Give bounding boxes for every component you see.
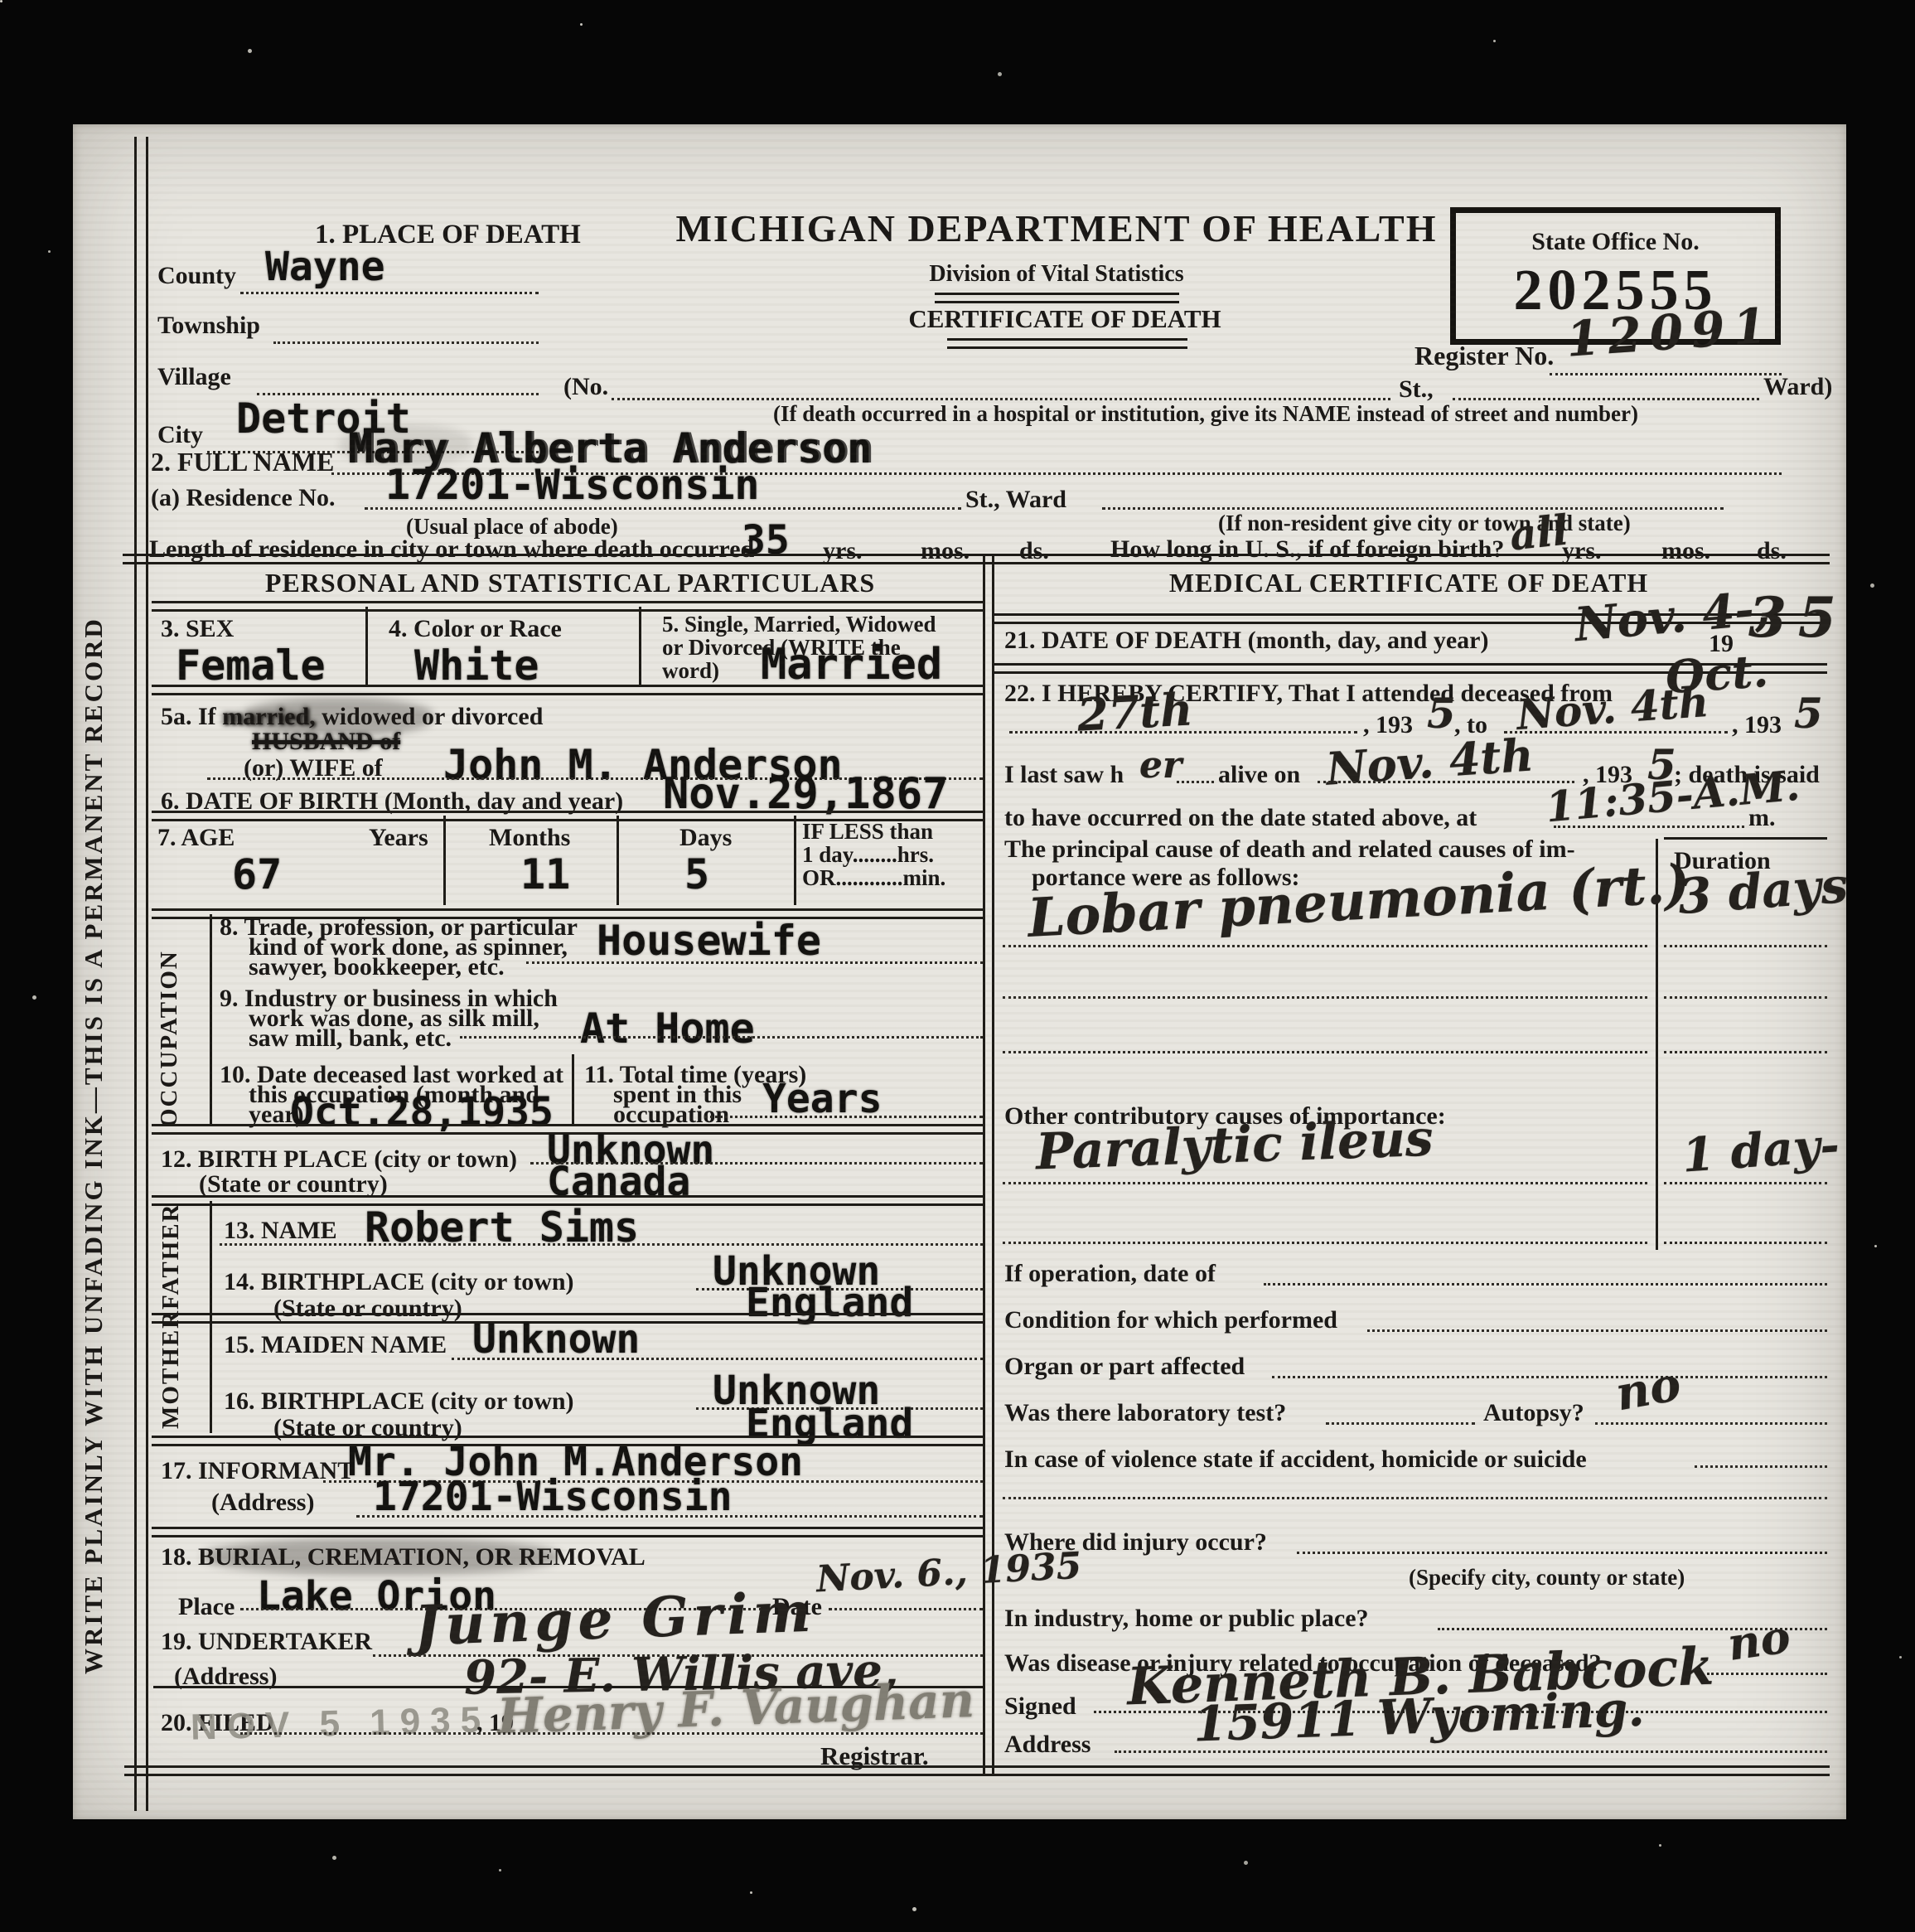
dod-script: Nov. 4-, bbox=[1573, 585, 1772, 648]
burial-place-label: Place bbox=[178, 1593, 235, 1621]
race-marital-divider bbox=[639, 607, 641, 685]
occupation-block-line bbox=[210, 914, 212, 1126]
condition-label: Condition for which performed bbox=[1004, 1306, 1337, 1334]
related-value-script: no bbox=[1725, 1614, 1793, 1667]
injury-label: Where did injury occur? bbox=[1004, 1528, 1267, 1557]
father-vertical-label: FATHER bbox=[157, 1202, 184, 1310]
occupation-vertical-label: OCCUPATION bbox=[156, 920, 182, 1127]
occ-10-11-divider bbox=[572, 1054, 574, 1126]
spouse-label-a: 5a. If bbox=[161, 703, 222, 730]
lastsaw-line-1 bbox=[1318, 781, 1574, 783]
certify-to-script: Nov. 4th bbox=[1516, 681, 1710, 736]
undertaker-signature: Junge Grim bbox=[413, 1585, 816, 1654]
dod-year: 35 bbox=[1748, 590, 1848, 645]
marital-label-3: word) bbox=[662, 658, 719, 683]
violence-line bbox=[1695, 1465, 1827, 1468]
blank-line-2 bbox=[1003, 1051, 1647, 1053]
cause-label-1: The principal cause of death and related… bbox=[1004, 835, 1575, 864]
residence-label: (a) Residence No. bbox=[151, 484, 335, 512]
age-div-3 bbox=[794, 816, 796, 905]
section-top-rule bbox=[123, 554, 1830, 564]
industry-line bbox=[460, 1036, 983, 1039]
register-number: 12091 bbox=[1564, 301, 1776, 363]
marital-value: Married bbox=[761, 643, 942, 686]
sex-race-divider bbox=[365, 607, 368, 685]
left-border-line-inner bbox=[146, 137, 148, 1811]
birthplace-label: 12. BIRTH PLACE (city or town) bbox=[161, 1145, 517, 1174]
contributory-line bbox=[1003, 1182, 1647, 1184]
lastsaw-line-0 bbox=[1177, 781, 1214, 783]
mother-vertical-label: MOTHER bbox=[157, 1321, 184, 1429]
father-bp-label: 14. BIRTHPLACE (city or town) bbox=[224, 1268, 574, 1296]
sex-row-rule bbox=[152, 685, 983, 695]
blank-line-3 bbox=[1003, 1242, 1647, 1244]
city-label: City bbox=[157, 421, 203, 449]
bottom-rule bbox=[124, 1765, 1830, 1776]
film-speckles bbox=[0, 0, 2, 2]
contributory-value-script: Paralytic ileus bbox=[1035, 1114, 1434, 1178]
related-line bbox=[1707, 1673, 1827, 1675]
register-line bbox=[1550, 373, 1782, 375]
certify-193b: , 193 bbox=[1732, 711, 1782, 739]
nonresident-note: (If non-resident give city or town and s… bbox=[1218, 511, 1631, 535]
personal-title: PERSONAL AND STATISTICAL PARTICULARS bbox=[265, 569, 875, 598]
age-days-value: 5 bbox=[684, 854, 709, 895]
age-years-header: Years bbox=[369, 824, 428, 852]
industry-place-label: In industry, home or public place? bbox=[1004, 1605, 1369, 1633]
department-title: MICHIGAN DEPARTMENT OF HEALTH bbox=[676, 207, 1438, 250]
certificate-title: CERTIFICATE OF DEATH bbox=[908, 305, 1221, 334]
signed-label: Signed bbox=[1004, 1692, 1076, 1721]
autopsy-value-script: no bbox=[1613, 1361, 1685, 1418]
address-value-script: 15911 Wyoming. bbox=[1192, 1685, 1645, 1749]
village-label: Village bbox=[157, 363, 231, 391]
residence-value: 17201-Wisconsin bbox=[385, 464, 760, 506]
blank-line-1d bbox=[1664, 996, 1827, 999]
state-office-label: State Office No. bbox=[1531, 228, 1699, 256]
condition-line bbox=[1367, 1329, 1827, 1332]
residence-line-1 bbox=[365, 507, 961, 510]
mother-name-line bbox=[452, 1358, 983, 1360]
township-label: Township bbox=[157, 312, 260, 340]
certificate-page: WRITE PLAINLY WITH UNFADING INK—THIS IS … bbox=[73, 124, 1846, 1819]
husband-of-label: HUSBAND of bbox=[252, 728, 400, 756]
informant-sub: (Address) bbox=[211, 1489, 314, 1517]
burial-blot bbox=[203, 1538, 559, 1575]
industry-value: At Home bbox=[580, 1008, 755, 1049]
lastsaw-label-2: alive on bbox=[1218, 761, 1300, 789]
dob-value: Nov.29,1867 bbox=[663, 772, 948, 816]
howlong-value: all bbox=[1508, 509, 1570, 556]
occurred-label: to have occurred on the date stated abov… bbox=[1004, 804, 1477, 832]
contributory-duration-script: 1 day- bbox=[1680, 1121, 1840, 1179]
sex-label: 3. SEX bbox=[161, 615, 234, 643]
autopsy-line bbox=[1595, 1422, 1827, 1425]
age-years-value: 67 bbox=[232, 854, 282, 895]
trade-value: Housewife bbox=[597, 920, 821, 961]
cause-duration-script: 3 days bbox=[1676, 861, 1850, 921]
age-months-header: Months bbox=[489, 824, 570, 852]
margin-instruction: WRITE PLAINLY WITH UNFADING INK—THIS IS … bbox=[80, 431, 109, 1674]
certify-5b: 5 bbox=[1794, 693, 1823, 734]
mother-name-value: Unknown bbox=[472, 1319, 640, 1359]
informant-address: 17201-Wisconsin bbox=[373, 1477, 732, 1517]
age-div-1 bbox=[443, 816, 446, 905]
st-ward-label: St., Ward bbox=[965, 486, 1066, 514]
certify-line-2 bbox=[1504, 731, 1728, 734]
certify-193a: , 193 bbox=[1363, 711, 1413, 739]
organ-label: Organ or part affected bbox=[1004, 1353, 1245, 1381]
industry-label-3: saw mill, bank, etc. bbox=[249, 1024, 452, 1053]
no-label: (No. bbox=[563, 373, 608, 401]
race-label: 4. Color or Race bbox=[389, 615, 562, 643]
blank-line-1 bbox=[1003, 996, 1647, 999]
labtest-label: Was there laboratory test? bbox=[1004, 1399, 1286, 1427]
age-label: 7. AGE bbox=[157, 824, 235, 852]
violence-label: In case of violence state if accident, h… bbox=[1004, 1445, 1587, 1474]
lastsaw-er-script: er bbox=[1139, 748, 1182, 784]
certify-day-script: 27th bbox=[1076, 686, 1194, 737]
st-label: St., bbox=[1399, 375, 1434, 404]
race-value: White bbox=[414, 645, 539, 686]
organ-line bbox=[1272, 1376, 1827, 1378]
age-ifless-3: OR............min. bbox=[802, 865, 945, 890]
informant-rule bbox=[152, 1527, 983, 1537]
age-div-2 bbox=[617, 816, 619, 905]
county-value: Wayne bbox=[265, 247, 385, 287]
certify-5a: 5 bbox=[1427, 693, 1456, 734]
burial-date-line bbox=[829, 1608, 983, 1610]
certify-line-1 bbox=[1009, 731, 1357, 734]
left-border-line-outer bbox=[134, 137, 137, 1811]
scanned-death-certificate: WRITE PLAINLY WITH UNFADING INK—THIS IS … bbox=[0, 0, 1915, 1932]
certificate-underline bbox=[947, 338, 1187, 349]
totaltime-value: Years bbox=[762, 1079, 883, 1119]
blank-line-2d bbox=[1664, 1051, 1827, 1053]
sex-value: Female bbox=[176, 645, 326, 686]
filed-line bbox=[240, 1732, 983, 1735]
violence-line-2 bbox=[1003, 1497, 1827, 1499]
trade-label-3: sawyer, bookkeeper, etc. bbox=[249, 953, 505, 981]
marital-label-1: 5. Single, Married, Widowed bbox=[662, 612, 936, 637]
contributory-duration-line bbox=[1664, 1182, 1827, 1184]
injury-note: (Specify city, county or state) bbox=[1409, 1565, 1685, 1590]
address-line bbox=[1115, 1750, 1827, 1753]
father-name-label: 13. NAME bbox=[224, 1217, 337, 1245]
blank-line-3d bbox=[1664, 1242, 1827, 1244]
father-name-value: Robert Sims bbox=[365, 1207, 639, 1248]
age-months-value: 11 bbox=[520, 854, 570, 895]
no-line bbox=[612, 398, 1390, 400]
autopsy-label: Autopsy? bbox=[1483, 1399, 1584, 1427]
ward-label: Ward) bbox=[1763, 373, 1832, 401]
age-ifless-2: 1 day........hrs. bbox=[802, 842, 934, 867]
county-label: County bbox=[157, 262, 236, 290]
division-underline bbox=[935, 293, 1179, 303]
totaltime-line bbox=[704, 1116, 983, 1118]
labtest-line bbox=[1326, 1422, 1475, 1425]
cause-duration-line bbox=[1664, 945, 1827, 947]
operation-line bbox=[1264, 1283, 1827, 1286]
mother-bp-label: 16. BIRTHPLACE (city or town) bbox=[224, 1387, 574, 1416]
cause-line bbox=[1003, 945, 1647, 947]
county-line bbox=[240, 292, 539, 294]
medical-title: MEDICAL CERTIFICATE OF DEATH bbox=[1169, 569, 1648, 598]
trade-line bbox=[526, 961, 983, 964]
operation-label: If operation, date of bbox=[1004, 1260, 1216, 1288]
age-ifless-1: IF LESS than bbox=[802, 819, 933, 844]
st-line bbox=[1453, 398, 1759, 400]
dod-label: 21. DATE OF DEATH (month, day, and year) bbox=[1004, 627, 1489, 655]
hospital-note: (If death occurred in a hospital or inst… bbox=[773, 401, 1638, 426]
personal-title-rule bbox=[152, 601, 983, 612]
registrar-signature: Henry F. Vaughan bbox=[496, 1676, 975, 1741]
age-days-header: Days bbox=[679, 824, 732, 852]
register-label: Register No. bbox=[1414, 341, 1554, 371]
informant-address-line bbox=[356, 1515, 983, 1518]
full-name-label: 2. FULL NAME bbox=[151, 448, 334, 477]
residence-line-2 bbox=[1102, 507, 1724, 510]
division-subtitle: Division of Vital Statistics bbox=[929, 261, 1183, 287]
township-line bbox=[273, 341, 539, 344]
address-label: Address bbox=[1004, 1731, 1090, 1759]
undertaker-label: 19. UNDERTAKER bbox=[161, 1628, 372, 1656]
injury-line bbox=[1297, 1552, 1827, 1554]
mother-name-label: 15. MAIDEN NAME bbox=[224, 1331, 447, 1359]
filed-date-stamp: NOV 5 1935 bbox=[190, 1702, 491, 1746]
lastsaw-label-1: I last saw h bbox=[1004, 761, 1124, 789]
father-name-line bbox=[220, 1243, 983, 1246]
birthplace-sub: (State or country) bbox=[199, 1170, 388, 1198]
duration-overline bbox=[1664, 837, 1827, 840]
